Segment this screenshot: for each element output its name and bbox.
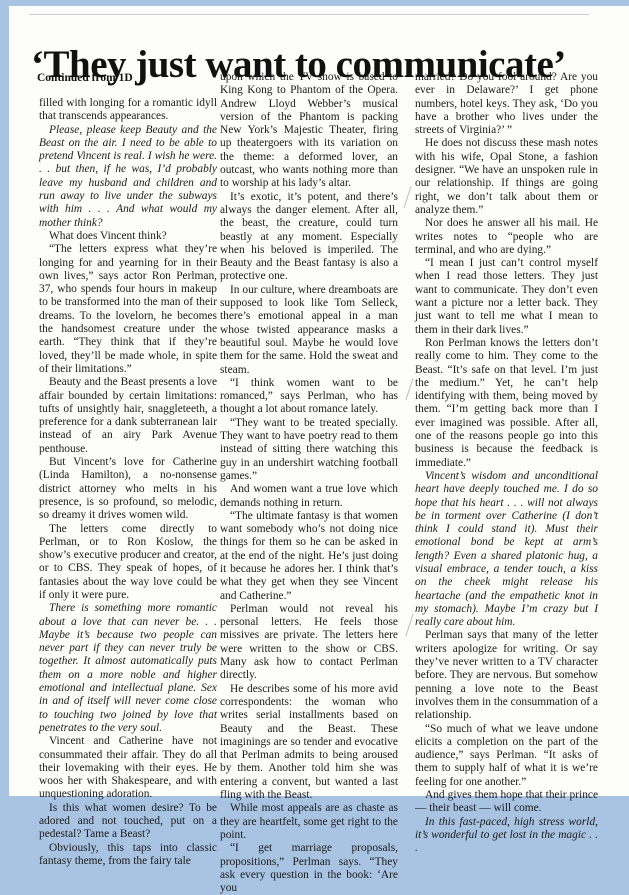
newspaper-clipping: ‘They just want to communicate’ Continue… [9, 6, 629, 796]
pen-check-mark [395, 378, 413, 400]
article-paragraph: “The ultimate fantasy is that women want… [220, 510, 398, 603]
article-column-2: upon which the TV show is based to King … [220, 71, 398, 796]
article-paragraph: But Vincent’s love for Catherine (Linda … [39, 456, 217, 522]
article-paragraph: Ron Perlman knows the letters don’t real… [415, 337, 598, 470]
article-paragraph: Perlman says that many of the letter wri… [415, 629, 598, 722]
article-column-3: married? Do you fool around? Are you eve… [415, 71, 598, 796]
article-paragraph: “I think women want to be romanced,” say… [220, 377, 398, 417]
article-paragraph: Perlman would not reveal his personal le… [220, 603, 398, 683]
article-paragraph: Beauty and the Beast presents a love aff… [39, 376, 217, 456]
article-paragraph: Vincent and Catherine have not consummat… [39, 735, 217, 796]
article-paragraph: What does Vincent think? [39, 230, 217, 243]
article-paragraph: The letters come directly to Perlman, or… [39, 523, 217, 603]
article-paragraph: married? Do you fool around? Are you eve… [415, 71, 598, 137]
article-paragraph: There is something more romantic about a… [39, 602, 217, 735]
article-paragraph: Please, please keep Beauty and the Beast… [39, 124, 217, 230]
continued-from-label: Continued from 1D [37, 72, 133, 84]
article-column-1: filled with longing for a romantic idyll… [39, 97, 217, 796]
article-paragraph: “So much of what we leave undone elicits… [415, 723, 598, 789]
article-paragraph: It’s exotic, it’s potent, and there’s al… [220, 191, 398, 284]
article-paragraph: He does not discuss these mash notes wit… [415, 137, 598, 217]
article-paragraph: “The letters express what they’re longin… [39, 243, 217, 376]
article-paragraph: Vincent’s wisdom and unconditional heart… [415, 470, 598, 630]
pen-check-mark [395, 614, 413, 636]
article-paragraph: And gives them hope that their prince — … [415, 789, 598, 796]
article-paragraph: filled with longing for a romantic idyll… [39, 97, 217, 124]
article-paragraph: Nor does he answer all his mail. He writ… [415, 217, 598, 257]
article-paragraph: “They want to be treated specially. They… [220, 417, 398, 483]
article-paragraph: upon which the TV show is based to King … [220, 71, 398, 191]
article-paragraph: “I mean I just can’t control myself when… [415, 257, 598, 337]
article-paragraph: And women want a true love which demands… [220, 483, 398, 510]
article-paragraph: He describes some of his more avid corre… [220, 683, 398, 796]
top-rule-divider [29, 14, 589, 15]
article-paragraph: In our culture, where dreamboats are sup… [220, 284, 398, 377]
